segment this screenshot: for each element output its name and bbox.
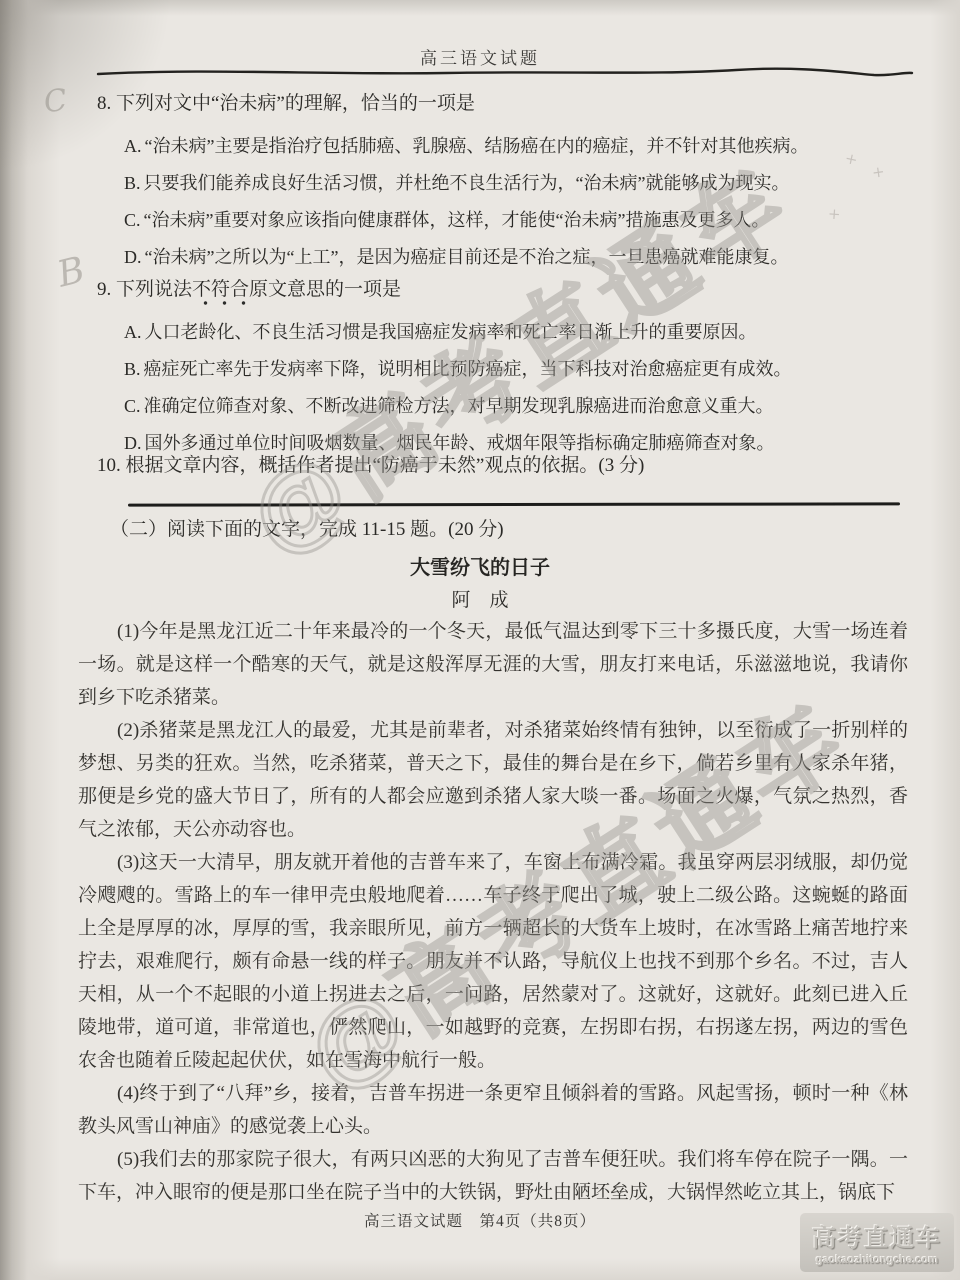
option-label: B. bbox=[124, 173, 141, 193]
question-8-option-a: A.“治未病”主要是指治疗包括肺癌、乳腺癌、结肠癌在内的癌症，并不针对其他疾病。 bbox=[97, 128, 910, 165]
passage-paragraph-4: (4)终于到了“八拜”乡，接着，吉普车拐进一条更窄且倾斜着的雪路。风起雪扬，顿时… bbox=[78, 1077, 908, 1143]
corner-watermark-url: gaokaozhitongche.com bbox=[812, 1254, 942, 1266]
option-text: 癌症死亡率先于发病率下降，说明相比预防癌症，当下科技对治愈癌症更有成效。 bbox=[144, 359, 792, 379]
question-8-option-d: D.“治未病”之所以为“上工”，是因为癌症目前还是不治之症，一旦患癌就难能康复。 bbox=[97, 239, 910, 276]
corner-watermark-title: 高考直通车 bbox=[812, 1218, 942, 1253]
question-8: 8. 下列对文中“治未病”的理解，恰当的一项是 A.“治未病”主要是指治疗包括肺… bbox=[97, 86, 910, 276]
option-text: 准确定位筛查对象、不断改进筛检方法，对早期发现乳腺癌进而治愈意义重大。 bbox=[144, 396, 774, 416]
question-9-option-b: B.癌症死亡率先于发病率下降，说明相比预防癌症，当下科技对治愈癌症更有成效。 bbox=[97, 351, 910, 388]
question-9-stem-prefix: 9. 下列说法 bbox=[97, 279, 192, 300]
exam-page-scan: 高三语文试题 8. 下列对文中“治未病”的理解，恰当的一项是 A.“治未病”主要… bbox=[0, 0, 960, 1280]
option-text: 人口老龄化、不良生活习惯是我国癌症发病率和死亡率日渐上升的重要原因。 bbox=[145, 322, 757, 342]
question-8-option-c: C.“治未病”重要对象应该指向健康群体，这样，才能使“治未病”措施惠及更多人。 bbox=[97, 202, 910, 239]
option-text: “治未病”主要是指治疗包括肺癌、乳腺癌、结肠癌在内的癌症，并不针对其他疾病。 bbox=[145, 136, 809, 156]
option-label: A. bbox=[124, 322, 142, 342]
header-rule-line bbox=[96, 64, 916, 80]
passage-author: 阿 成 bbox=[0, 585, 960, 612]
option-text: “治未病”之所以为“上工”，是因为癌症目前还是不治之症，一旦患癌就难能康复。 bbox=[145, 247, 789, 267]
option-label: A. bbox=[124, 136, 142, 156]
option-label: C. bbox=[124, 396, 141, 416]
question-10-stem: 10. 根据文章内容，概括作者提出“防癌于未然”观点的依据。(3 分) bbox=[97, 448, 910, 484]
passage-title: 大雪纷飞的日子 bbox=[0, 551, 960, 580]
passage-paragraph-5: (5)我们去的那家院子很大，有两只凶恶的大狗见了吉普车便狂吠。我们将车停在院子一… bbox=[78, 1143, 908, 1209]
question-9-stem-suffix: 原文意思的一项是 bbox=[249, 279, 401, 300]
option-label: D. bbox=[124, 247, 142, 267]
option-text: 只要我们能养成良好生活习惯，并杜绝不良生活行为，“治未病”就能够成为现实。 bbox=[144, 173, 790, 193]
passage-paragraph-1: (1)今年是黑龙江近二十年来最冷的一个冬天，最低气温达到零下三十多摄氏度，大雪一… bbox=[78, 615, 908, 714]
option-label: B. bbox=[124, 359, 141, 379]
reading-passage: (1)今年是黑龙江近二十年来最冷的一个冬天，最低气温达到零下三十多摄氏度，大雪一… bbox=[78, 615, 908, 1209]
corner-watermark: 高考直通车 gaokaozhitongche.com bbox=[800, 1213, 954, 1272]
question-8-option-b: B.只要我们能养成良好生活习惯，并杜绝不良生活行为，“治未病”就能够成为现实。 bbox=[97, 165, 910, 202]
pencil-answer-mark-q9: B bbox=[53, 249, 89, 295]
pencil-answer-mark-q8: C bbox=[42, 83, 70, 121]
section-two-intro: （二）阅读下面的文字，完成 11-15 题。(20 分) bbox=[110, 514, 504, 541]
question-9-stem: 9. 下列说法不符合原文意思的一项是 bbox=[97, 272, 910, 308]
passage-paragraph-3: (3)这天一大清早，朋友就开着他的吉普车来了，车窗上布满冷霜。我虽穿两层羽绒服，… bbox=[78, 846, 908, 1077]
section-divider-line bbox=[128, 502, 900, 506]
question-9-option-c: C.准确定位筛查对象、不断改进筛检方法，对早期发现乳腺癌进而治愈意义重大。 bbox=[97, 388, 910, 425]
question-10: 10. 根据文章内容，概括作者提出“防癌于未然”观点的依据。(3 分) bbox=[97, 448, 910, 490]
question-9: 9. 下列说法不符合原文意思的一项是 A.人口老龄化、不良生活习惯是我国癌症发病… bbox=[97, 272, 910, 462]
question-9-option-a: A.人口老龄化、不良生活习惯是我国癌症发病率和死亡率日渐上升的重要原因。 bbox=[97, 314, 910, 351]
option-label: C. bbox=[124, 210, 141, 230]
option-text: “治未病”重要对象应该指向健康群体，这样，才能使“治未病”措施惠及更多人。 bbox=[144, 210, 770, 230]
passage-paragraph-2: (2)杀猪菜是黑龙江人的最爱，尤其是前辈者，对杀猪菜始终情有独钟，以至衍成了一折… bbox=[78, 714, 908, 846]
question-8-stem: 8. 下列对文中“治未病”的理解，恰当的一项是 bbox=[97, 86, 910, 122]
question-9-stem-emphasis: 不符合 bbox=[192, 279, 249, 306]
